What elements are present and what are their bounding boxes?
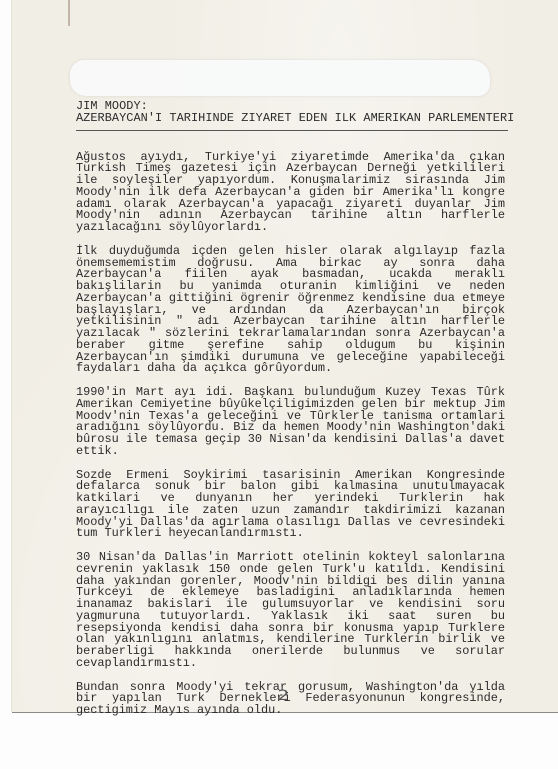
scanned-page: JIM MOODY: AZERBAYCAN'I TARIHINDE ZIYARE… (12, 0, 558, 712)
document-title: JIM MOODY: AZERBAYCAN'I TARIHINDE ZIYARE… (76, 101, 505, 125)
paragraph-3: 1990'in Mart ayı idi. Başkanı bulunduğum… (76, 387, 505, 458)
pencil-mark (68, 0, 70, 26)
paragraph-5: 30 Nisan'da Dallas'in Marriott otelinin … (76, 552, 505, 670)
title-line-2: AZERBAYCAN'I TARIHINDE ZIYARET EDEN ILK … (76, 113, 505, 125)
document-body: JIM MOODY: AZERBAYCAN'I TARIHINDE ZIYARE… (76, 101, 505, 717)
handwritten-page-number: 2 (278, 688, 290, 704)
paragraph-2: İlk duyduğumda içden gelen hisler olarak… (76, 246, 505, 375)
paragraph-4: Sozde Ermeni Soykirimi tasarisinin Ameri… (76, 470, 505, 541)
redacted-header-whiteout (70, 60, 490, 96)
paragraph-1: Ağustos ayıydı, Turkiye'yi ziyaretimde A… (76, 152, 505, 234)
title-underline-rule (76, 130, 508, 131)
paragraph-6: Bundan sonra Moody'yi tekrar gorusum, Wa… (76, 682, 505, 717)
